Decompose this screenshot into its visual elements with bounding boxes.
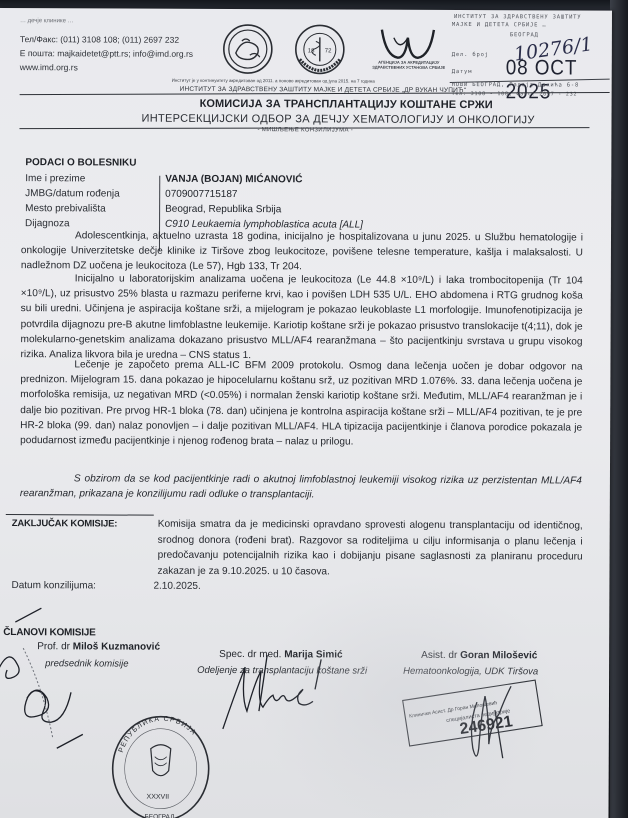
member-2-name: Spec. dr med. Marija Simić <box>219 649 342 661</box>
svg-text:специјалиста педијатрије: специјалиста педијатрије <box>446 708 511 724</box>
contact-telephone: Тел/Факс: (011) 3108 108; (011) 2697 232 <box>20 34 179 45</box>
paragraph-history: Adolescentkinja, aktuelno uzrasta 18 god… <box>21 228 583 276</box>
patient-residence-value: Beograd, Republika Srbija <box>165 204 281 216</box>
institute-mother-child-logo-icon <box>212 23 284 79</box>
members-title: ČLANOVI KOMISIJE <box>3 627 95 638</box>
doctor-stamp-icon: Клинички Асист. Др Горан Милошевић специ… <box>403 680 542 746</box>
member-1-role: predsednik komisije <box>45 658 128 669</box>
background-right <box>610 0 628 818</box>
commission-title: КОМИСИЈА ЗА ТРАНСПЛАНТАЦИЈУ КОШТАНЕ СРЖИ <box>200 98 493 111</box>
signature-3-icon <box>471 686 511 758</box>
member-2-prefix: Spec. dr med. <box>219 649 284 660</box>
board-title: ИНТЕРСЕКЦИЈСКИ ОДБОР ЗА ДЕЧЈУ ХЕМАТОЛОГИ… <box>141 113 534 127</box>
paragraph-treatment: Lečenje je započeto prema ALL-IC BFM 200… <box>20 357 582 451</box>
member-2-fullname: Marija Simić <box>284 649 342 660</box>
conclusion-label: ZAKLJUČAK KOMISIJE: <box>12 518 118 529</box>
member-1-fullname: Miloš Kuzmanović <box>73 641 160 652</box>
registry-number-label: Дел. број <box>452 52 489 58</box>
member-3-name: Asist. dr Goran Milošević <box>421 650 537 662</box>
document-type: - МИШЉЕЊЕ КОНЗИЛИЈУМА - <box>257 127 353 133</box>
document-page: … дечје клинике … Тел/Факс: (011) 3108 1… <box>0 8 612 818</box>
member-3-prefix: Asist. dr <box>421 650 460 661</box>
round-seal-icon: РЕПУБЛИКА СРБИЈА XXXVII БЕОГРАД <box>112 715 208 818</box>
member-2-role: Odeljenje za transplantaciju koštane srž… <box>197 665 367 677</box>
accreditation-agency-logo-icon <box>372 24 444 80</box>
svg-text:XXXVII: XXXVII <box>147 794 170 801</box>
registry-city: БЕОГРАД <box>510 32 539 38</box>
paragraph-diagnostics: Inicijalno u laboratorijskim analizama u… <box>20 271 582 365</box>
patient-name-label: Ime i prezime <box>25 173 85 184</box>
registry-stamp: ИНСТИТУТ ЗА ЗДРАВСТВЕНУ ЗАШТИТУ МАЈКЕ И … <box>448 12 618 97</box>
svg-text:Клинички Асист. Др Горан Милош: Клинички Асист. Др Горан Милошевић <box>409 700 498 719</box>
agency-name: АГЕНЦИЈА ЗА АКРЕДИТАЦИЈУ ЗДРАВСТВЕНИХ УС… <box>368 60 450 70</box>
patient-jmbg-value: 0709007715187 <box>165 189 237 200</box>
svg-text:246921: 246921 <box>458 713 513 738</box>
member-3-fullname: Goran Milošević <box>460 650 537 661</box>
conclusion-divider <box>6 514 154 516</box>
registry-line-1: ИНСТИТУТ ЗА ЗДРАВСТВЕНУ ЗАШТИТУ <box>454 14 581 21</box>
svg-text:БЕОГРАД: БЕОГРАД <box>144 814 175 818</box>
registry-address: НОВИ БЕОГРАД, Радоја Дакића 6-8 <box>452 82 579 89</box>
paragraph-referral: S obzirom da se kod pacijentkinje radi o… <box>20 471 582 504</box>
contact-email: Е пошта: majkaidetet@ptt.rs; info@imd.or… <box>20 48 193 59</box>
accreditation-note: Институт је у континуитету акредитован о… <box>172 78 375 84</box>
contact-cut-line: … дечје клинике … <box>20 18 74 24</box>
consilium-date-label: Datum konzilijuma: <box>11 580 96 591</box>
consilium-date-value: 2.10.2025. <box>153 581 200 592</box>
registry-line-2: МАЈКЕ И ДЕТЕТА СРБИЈЕ … <box>452 22 547 28</box>
member-3-role: Hematoonkologija, UDK Tiršova <box>403 666 538 678</box>
contact-website[interactable]: www.imd.org.rs <box>20 62 78 72</box>
conclusion-text: Komisija smatra da je medicinski opravda… <box>158 517 583 581</box>
svg-text:РЕПУБЛИКА СРБИЈА: РЕПУБЛИКА СРБИЈА <box>118 715 198 753</box>
svg-text:72: 72 <box>325 48 332 54</box>
member-1-prefix: Prof. dr <box>37 641 73 652</box>
patient-jmbg-label: JMBG/datum rođenja <box>25 188 120 199</box>
patient-residence-label: Mesto prebivališta <box>25 203 106 214</box>
serbian-medical-society-logo-icon: 18 72 <box>288 23 358 79</box>
patient-section-title: PODACI O BOLESNIKU <box>25 157 136 168</box>
patient-name-value: VANJA (BOJAN) MIĆANOVIĆ <box>165 174 302 186</box>
registry-date-label: Датум <box>452 69 473 75</box>
member-1-name: Prof. dr Miloš Kuzmanović <box>37 641 160 653</box>
